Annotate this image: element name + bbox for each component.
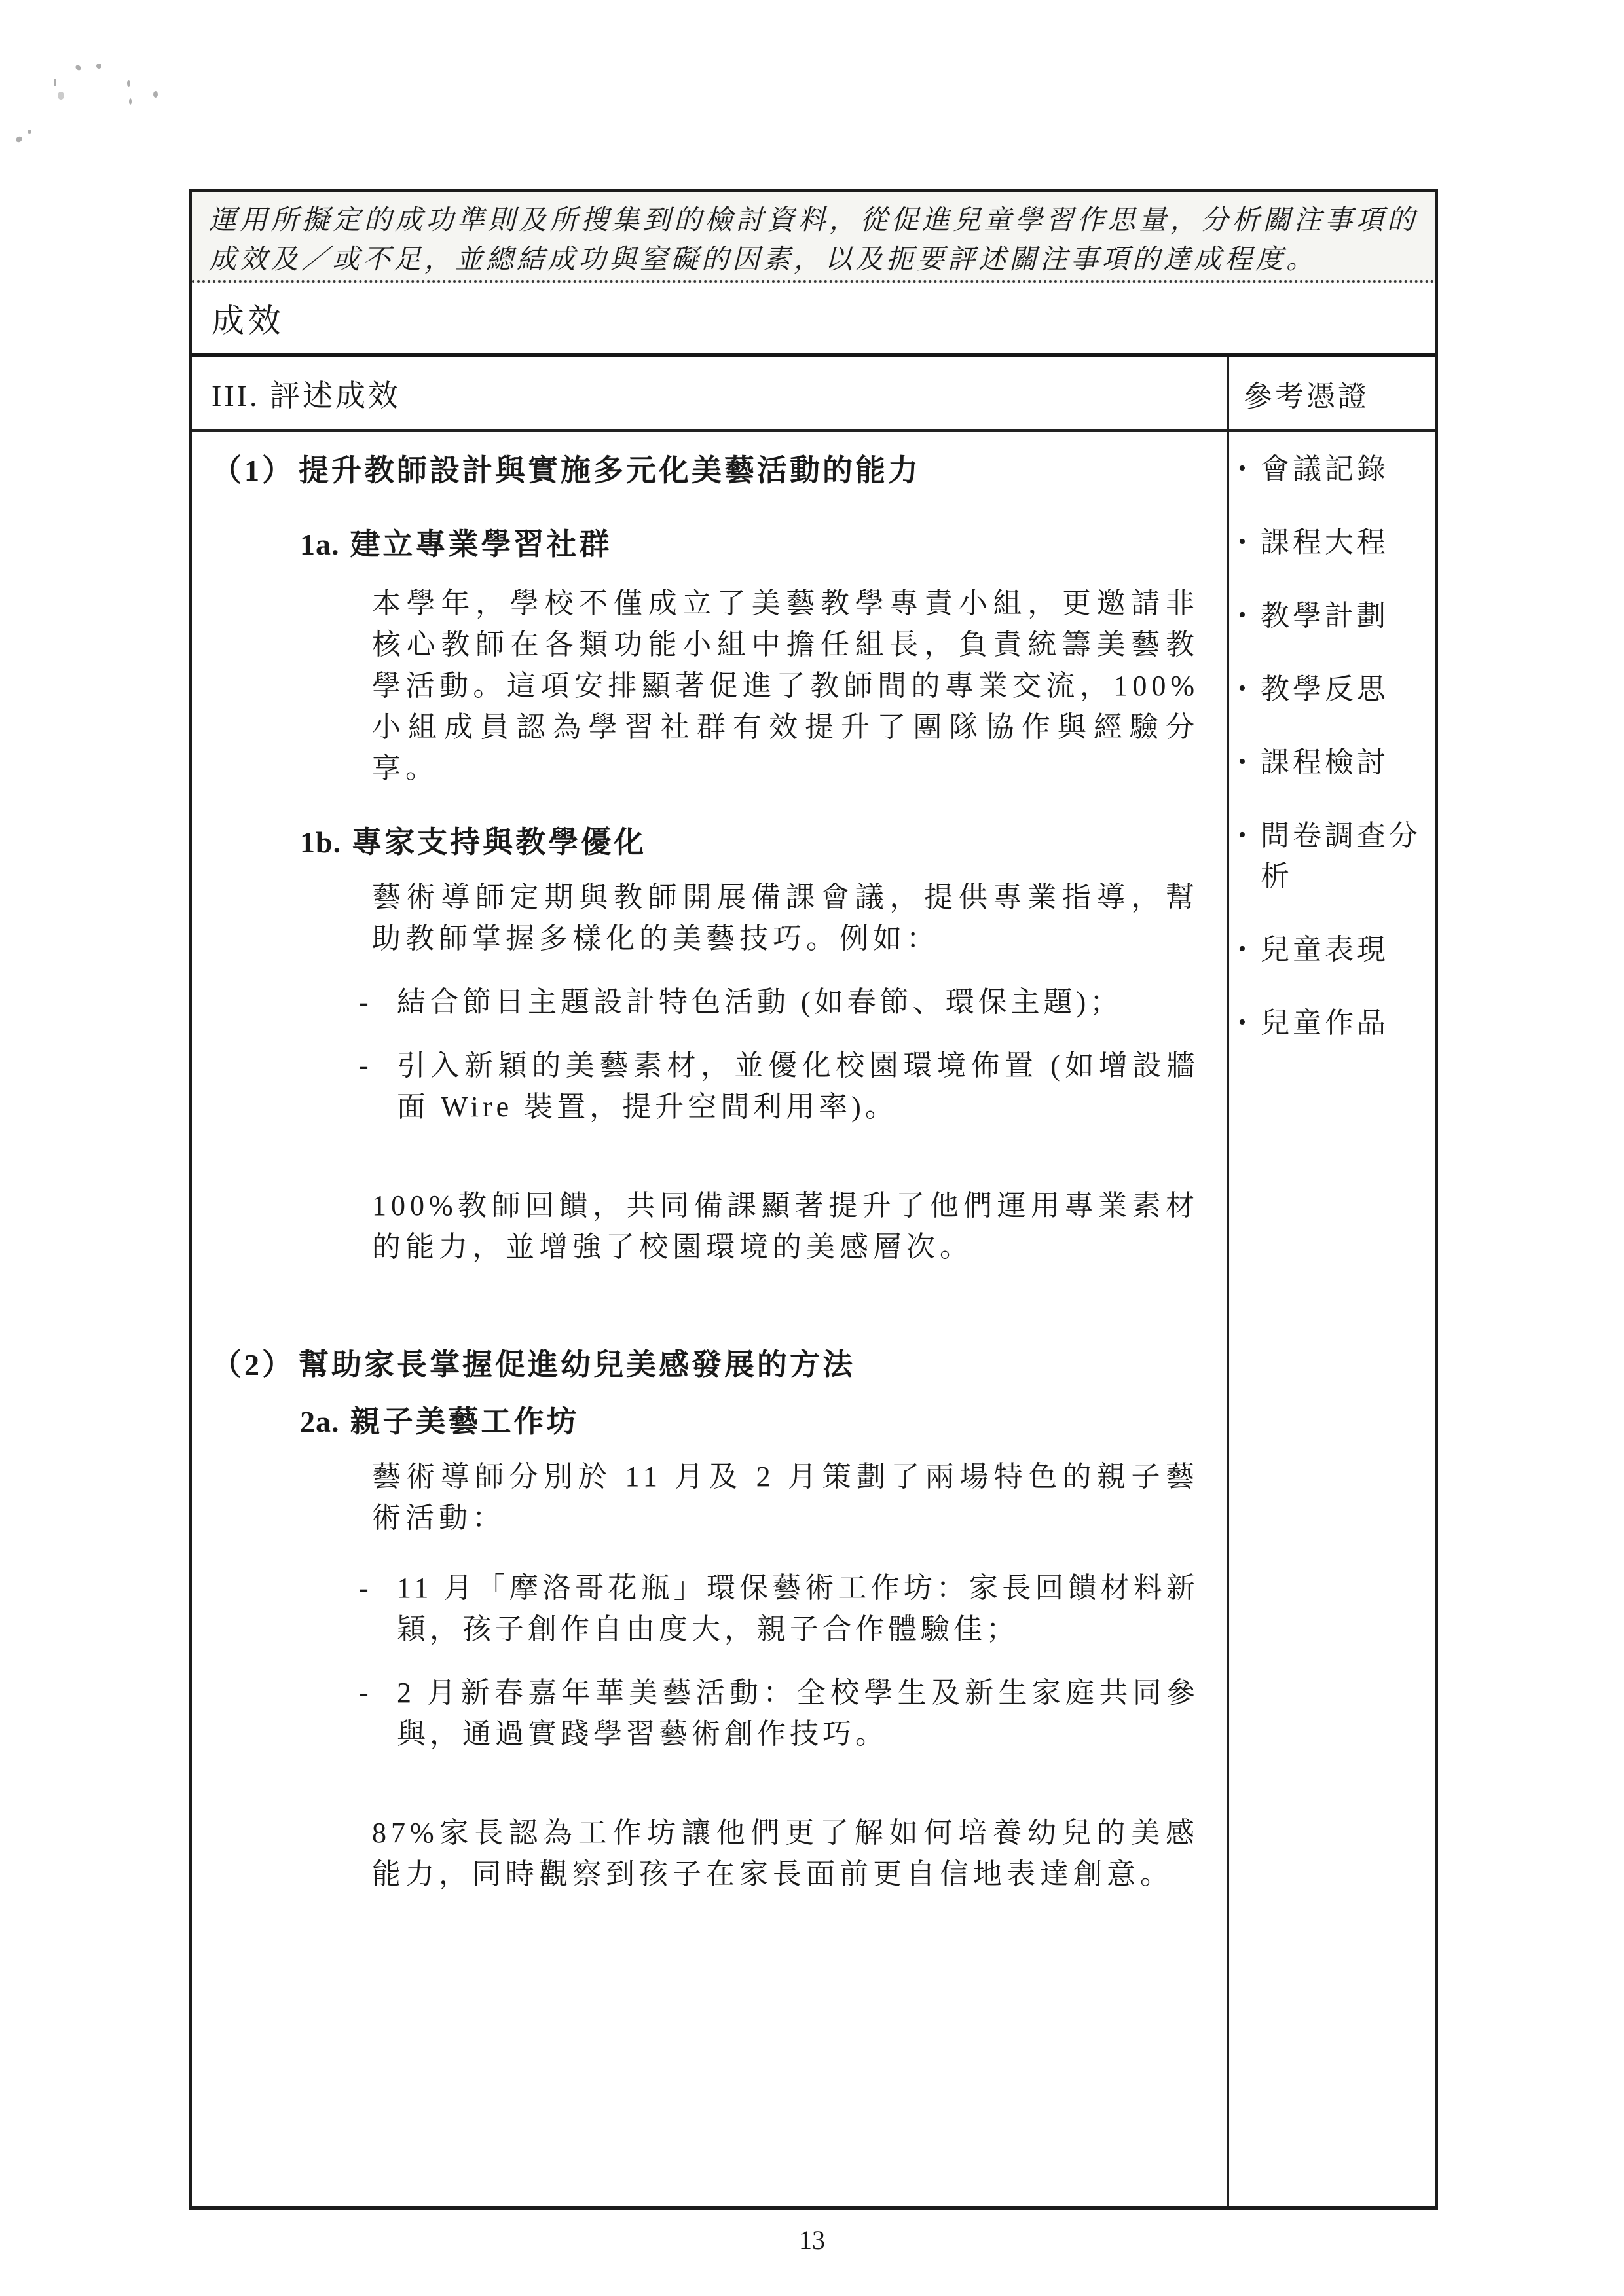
dash-marker: - — [359, 1045, 397, 1127]
subsection-2a-summary: 87%家長認為工作坊讓他們更了解如何培養幼兒的美感能力，同時觀察到孩子在家長面前… — [372, 1812, 1199, 1895]
header-left-cell: III. 評述成效 — [192, 357, 1227, 429]
subsection-1b-bullet-1: - 結合節日主題設計特色活動 (如春節、環保主題)； — [359, 981, 1199, 1023]
subsection-1b-bullet-1-text: 結合節日主題設計特色活動 (如春節、環保主題)； — [397, 981, 1199, 1023]
subsection-2a-paragraph: 藝術導師分別於 11 月及 2 月策劃了兩場特色的親子藝術活動： — [372, 1456, 1199, 1539]
subsection-1b-heading: 1b.專家支持與教學優化 — [300, 823, 1199, 862]
evidence-text: 課程檢討 — [1261, 742, 1422, 783]
evidence-item: • 問卷調查分析 — [1238, 816, 1430, 897]
section-1-heading: （1）提升教師設計與實施多元化美藝活動的能力 — [212, 450, 1199, 491]
section-1-number: （1） — [212, 454, 295, 487]
subsection-1b-bullet-2: - 引入新穎的美藝素材，並優化校園環境佈置 (如增設牆面 Wire 裝置，提升空… — [359, 1045, 1199, 1127]
bullet-icon: • — [1238, 1003, 1261, 1044]
scan-speckle — [28, 130, 31, 134]
effectiveness-title-cell: 成效 — [192, 283, 1435, 357]
dash-marker: - — [359, 1672, 397, 1755]
page-number: 13 — [0, 2225, 1624, 2255]
bullet-icon: • — [1238, 522, 1261, 563]
subsection-1b-label: 1b. — [300, 826, 341, 859]
header-right-label: 參考憑證 — [1244, 373, 1369, 414]
bullet-icon: • — [1238, 669, 1261, 710]
subsection-1a-heading: 1a.建立專業學習社群 — [300, 525, 1199, 564]
dash-marker: - — [359, 1567, 397, 1650]
subsection-2a-bullet-1-text: 11 月「摩洛哥花瓶」環保藝術工作坊：家長回饋材料新穎，孩子創作自由度大，親子合… — [397, 1567, 1199, 1650]
evidence-text: 課程大程 — [1261, 522, 1422, 563]
subsection-1b-title: 專家支持與教學優化 — [352, 826, 646, 859]
evaluation-table: 運用所擬定的成功準則及所搜集到的檢討資料，從促進兒童學習作思量，分析關注事項的成… — [189, 189, 1438, 2210]
scan-speckle — [54, 79, 56, 86]
scan-speckle — [75, 64, 82, 71]
evidence-item: • 兒童作品 — [1238, 1003, 1430, 1044]
section-gap — [212, 1267, 1199, 1345]
subsection-1a-paragraph: 本學年，學校不僅成立了美藝教學專責小組，更邀請非核心教師在各類功能小組中擔任組長… — [372, 583, 1199, 789]
evidence-text: 問卷調查分析 — [1261, 816, 1422, 897]
section-2-title: 幫助家長掌握促進幼兒美感發展的方法 — [299, 1348, 855, 1381]
bullet-icon: • — [1238, 930, 1261, 970]
scanned-document-page: 運用所擬定的成功準則及所搜集到的檢討資料，從促進兒童學習作思量，分析關注事項的成… — [0, 0, 1624, 2296]
header-left-label: III. 評述成效 — [212, 372, 401, 415]
header-right-cell: 參考憑證 — [1227, 357, 1435, 429]
subsection-2a-label: 2a. — [300, 1405, 340, 1438]
subsection-1a-label: 1a. — [300, 528, 340, 561]
scan-speckle — [127, 80, 130, 87]
subsection-2a-bullet-2-text: 2 月新春嘉年華美藝活動：全校學生及新生家庭共同參與，通過實踐學習藝術創作技巧。 — [397, 1672, 1199, 1755]
subsection-2a-bullet-1: - 11 月「摩洛哥花瓶」環保藝術工作坊：家長回饋材料新穎，孩子創作自由度大，親… — [359, 1567, 1199, 1650]
section-2-number: （2） — [212, 1348, 295, 1381]
subsection-1b-paragraph: 藝術導師定期與教師開展備課會議，提供專業指導，幫助教師掌握多樣化的美藝技巧。例如… — [372, 877, 1199, 959]
bullet-icon: • — [1238, 596, 1261, 636]
evidence-item: • 課程檢討 — [1238, 742, 1430, 783]
effectiveness-title: 成效 — [212, 295, 285, 342]
evidence-text: 教學計劃 — [1261, 596, 1422, 636]
evidence-item: • 課程大程 — [1238, 522, 1430, 563]
table-body-row: （1）提升教師設計與實施多元化美藝活動的能力 1a.建立專業學習社群 本學年，學… — [192, 432, 1435, 2206]
evidence-text: 教學反思 — [1261, 669, 1422, 710]
section-1-title: 提升教師設計與實施多元化美藝活動的能力 — [299, 454, 921, 487]
scan-speckle — [15, 136, 24, 143]
bullet-icon: • — [1238, 449, 1261, 490]
scan-speckle — [129, 98, 132, 105]
instruction-text: 運用所擬定的成功準則及所搜集到的檢討資料，從促進兒童學習作思量，分析關注事項的成… — [209, 206, 1418, 275]
evidence-item: • 教學反思 — [1238, 669, 1430, 710]
subsection-2a-heading: 2a.親子美藝工作坊 — [300, 1402, 1199, 1442]
section-2-heading: （2）幫助家長掌握促進幼兒美感發展的方法 — [212, 1345, 1199, 1385]
evidence-column: • 會議記錄 • 課程大程 • 教學計劃 • 教學反思 • 課程檢討 — [1227, 432, 1435, 2206]
scan-speckle — [58, 92, 64, 100]
table-header-row: III. 評述成效 參考憑證 — [192, 357, 1435, 432]
instruction-cell: 運用所擬定的成功準則及所搜集到的檢討資料，從促進兒童學習作思量，分析關注事項的成… — [192, 192, 1435, 283]
evidence-item: • 會議記錄 — [1238, 449, 1430, 490]
subsection-2a-title: 親子美藝工作坊 — [350, 1405, 580, 1438]
scan-speckle — [153, 91, 158, 98]
subsection-1b-bullet-2-text: 引入新穎的美藝素材，並優化校園環境佈置 (如增設牆面 Wire 裝置，提升空間利… — [397, 1045, 1199, 1127]
evidence-text: 兒童作品 — [1261, 1003, 1422, 1044]
subsection-1b-summary: 100%教師回饋，共同備課顯著提升了他們運用專業素材的能力，並增強了校園環境的美… — [372, 1185, 1199, 1267]
dash-marker: - — [359, 981, 397, 1023]
evidence-text: 兒童表現 — [1261, 930, 1422, 970]
narrative-column: （1）提升教師設計與實施多元化美藝活動的能力 1a.建立專業學習社群 本學年，學… — [192, 432, 1227, 2206]
evidence-item: • 教學計劃 — [1238, 596, 1430, 636]
evidence-item: • 兒童表現 — [1238, 930, 1430, 970]
evidence-text: 會議記錄 — [1261, 449, 1422, 490]
scan-speckle — [96, 64, 101, 69]
bullet-icon: • — [1238, 742, 1261, 783]
bullet-icon: • — [1238, 816, 1261, 897]
subsection-1a-title: 建立專業學習社群 — [350, 528, 612, 561]
subsection-2a-bullet-2: - 2 月新春嘉年華美藝活動：全校學生及新生家庭共同參與，通過實踐學習藝術創作技… — [359, 1672, 1199, 1755]
